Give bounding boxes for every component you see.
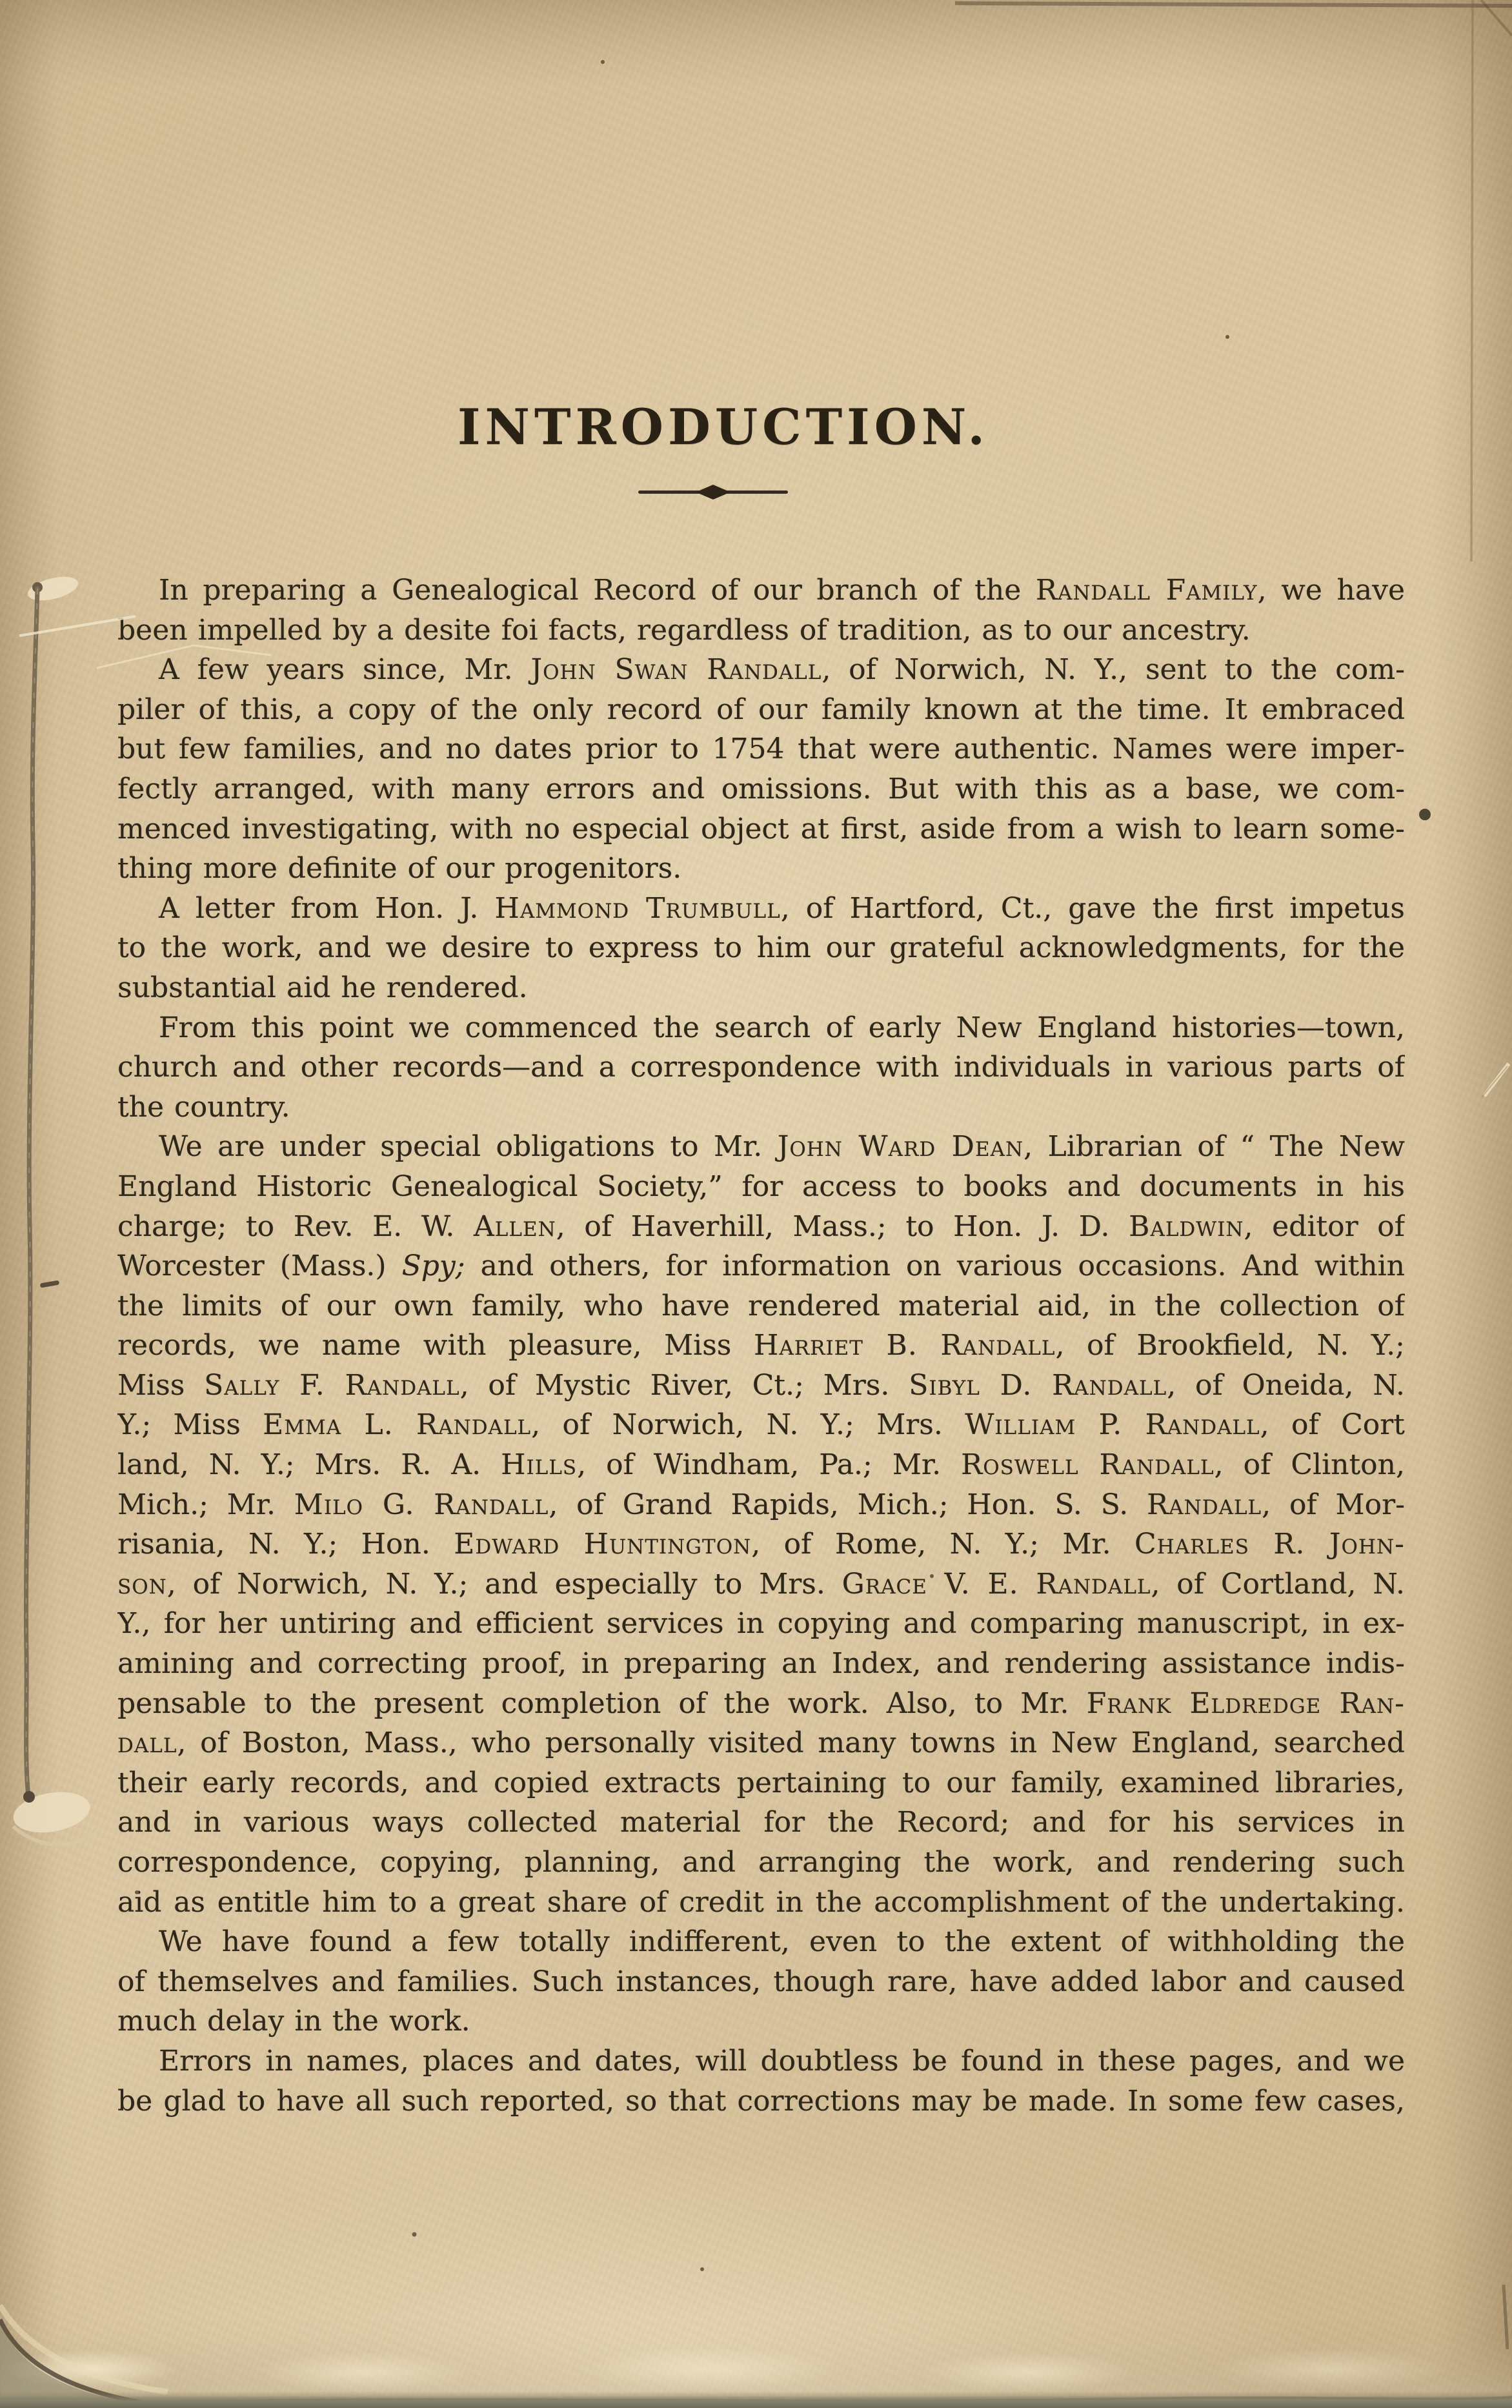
text-run: and others, for information on various o…: [465, 1250, 1405, 1282]
corner-curl-shade: [0, 2322, 161, 2408]
right-edge-crease: [1471, 0, 1473, 562]
corner-curl-highlight: [0, 2305, 168, 2392]
corner-crease: [1481, 0, 1512, 35]
text-run: , of Mor-: [1262, 1488, 1405, 1521]
smallcaps-name: Milo G. Randall: [294, 1488, 549, 1521]
text-run: , of Cort: [1260, 1408, 1405, 1441]
text-run: , of Clinton,: [1215, 1448, 1405, 1481]
sewing-hole-top: [32, 582, 43, 592]
paper-tear-bottom: [10, 1786, 94, 1838]
text-run: correspondence, copying, planning, and a…: [117, 1846, 1405, 1883]
text-run: Mich.; Mr.: [117, 1488, 294, 1521]
dust-speck: [601, 60, 605, 64]
smallcaps-name: Grace V. E. Randall: [842, 1568, 1151, 1601]
text-run: much delay in the work.: [117, 2005, 470, 2038]
text-run: fectly arranged, with many errors and om…: [117, 773, 1405, 805]
text-run: , of Grand Rapids, Mich.; Hon. S. S.: [549, 1488, 1147, 1521]
text-line: pensable to the present completion of th…: [117, 1684, 1405, 1724]
smallcaps-name: Hammond Trumbull: [494, 892, 780, 925]
italic-text: Spy;: [402, 1250, 465, 1282]
text-run: , of Hartford, Ct., gave the first impet…: [781, 892, 1405, 925]
text-line: A letter from Hon. J. Hammond Trumbull, …: [117, 889, 1405, 929]
text-line: Worcester (Mass.) Spy; and others, for i…: [117, 1246, 1405, 1286]
text-line: to the work, and we desire to express to…: [117, 928, 1405, 968]
text-run: Miss: [117, 1369, 204, 1402]
text-line: and in various ways collected material f…: [117, 1803, 1405, 1843]
text-line: church and other records—and a correspon…: [117, 1047, 1405, 1088]
text-line: Errors in names, places and dates, will …: [117, 2041, 1405, 2081]
text-run: been impelled by a desite foi facts, reg…: [117, 614, 1251, 647]
text-line: Y.; Miss Emma L. Randall, of Norwich, N.…: [117, 1405, 1405, 1445]
text-run: A few years since, Mr.: [159, 653, 530, 686]
page-bottom-edge: [0, 2391, 1512, 2408]
body-text: In preparing a Genealogical Record of ou…: [117, 571, 1405, 2121]
text-line: thing more definite of our progenitors.: [117, 849, 1405, 889]
smallcaps-name: Hills: [501, 1448, 577, 1481]
fold-mark-shadow: [1482, 1066, 1507, 1097]
rule-with-diamond-icon: [636, 484, 791, 501]
text-line: their early records, and copied extracts…: [117, 1763, 1405, 1803]
text-run: Errors in names, places and dates, will …: [117, 2045, 1405, 2081]
text-line: We have found a few totally indifferent,…: [117, 1922, 1405, 1962]
text-line: Miss Sally F. Randall, of Mystic River, …: [117, 1366, 1405, 1406]
text-run: piler of this, a copy of the only record…: [117, 693, 1405, 726]
text-run: aid as entitle him to a great share of c…: [117, 1886, 1405, 1919]
bottom-crease-line: [168, 2397, 1512, 2402]
text-run: records, we name with pleasure, Miss: [117, 1329, 754, 1362]
fold-mark: [1484, 1064, 1509, 1096]
text-run: From this point we commenced the search …: [159, 1011, 1405, 1044]
text-run: of themselves and families. Such instanc…: [117, 1965, 1405, 1998]
text-run: Worcester (Mass.): [117, 1250, 402, 1282]
text-line: been impelled by a desite foi facts, reg…: [117, 611, 1405, 651]
text-line: correspondence, copying, planning, and a…: [117, 1843, 1405, 1883]
text-run: menced investigating, with no especial o…: [117, 813, 1405, 845]
text-line: but few families, and no dates prior to …: [117, 729, 1405, 769]
divider-rule: [636, 484, 791, 503]
text-run: pensable to the present completion of th…: [117, 1687, 1087, 1720]
smallcaps-name: Frank Eldredge Ran-: [1087, 1687, 1405, 1720]
paper-sheen: [0, 2335, 1512, 2397]
text-run: the country.: [117, 1091, 290, 1124]
text-run: thing more definite of our progenitors.: [117, 852, 681, 885]
text-line: fectly arranged, with many errors and om…: [117, 769, 1405, 809]
text-line: land, N. Y.; Mrs. R. A. Hills, of Windha…: [117, 1445, 1405, 1485]
text-run: We have found a few totally indifferent,…: [117, 1925, 1405, 1962]
text-line: records, we name with pleasure, Miss Har…: [117, 1326, 1405, 1366]
text-run: , of Cortland, N.: [1151, 1568, 1406, 1601]
text-run: but few families, and no dates prior to …: [117, 733, 1405, 765]
text-run: substantial aid he rendered.: [117, 971, 528, 1004]
binding-thread-icon: [26, 589, 37, 1797]
text-run: Y., for her untiring and efficient servi…: [117, 1607, 1405, 1640]
text-run: We are under special obligations to Mr.: [159, 1130, 778, 1163]
text-run: , of Brookfield, N. Y.;: [1055, 1329, 1405, 1362]
smallcaps-name: Charles R. John-: [1134, 1528, 1405, 1561]
smallcaps-name: Edward Huntington: [454, 1528, 751, 1561]
text-run: , of Windham, Pa.; Mr.: [577, 1448, 961, 1481]
text-run: A letter from Hon. J.: [159, 892, 494, 925]
text-line: In preparing a Genealogical Record of ou…: [117, 571, 1405, 611]
text-run: , of Boston, Mass., who personally visit…: [177, 1726, 1405, 1759]
smallcaps-name: William P. Randall: [965, 1408, 1260, 1441]
text-run: risania, N. Y.; Hon.: [117, 1528, 454, 1561]
tear-crease: [13, 1826, 97, 1845]
text-line: Y., for her untiring and efficient servi…: [117, 1604, 1405, 1644]
text-line: A few years since, Mr. John Swan Randall…: [117, 650, 1405, 690]
text-line: of themselves and families. Such instanc…: [117, 1962, 1405, 2002]
corner-curl-edge: [0, 2320, 165, 2406]
text-line: substantial aid he rendered.: [117, 968, 1405, 1008]
text-line: We are under special obligations to Mr. …: [117, 1127, 1405, 1167]
pen-mark: [40, 1280, 60, 1288]
smallcaps-name: Randall: [1147, 1488, 1262, 1521]
scanned-book-page: INTRODUCTION. In preparing a Genealogica…: [0, 0, 1512, 2408]
text-line: the limits of our own family, who have r…: [117, 1286, 1405, 1326]
smallcaps-name: John Ward Dean: [778, 1130, 1023, 1163]
smallcaps-name: Emma L. Randall: [263, 1408, 531, 1441]
text-line: menced investigating, with no especial o…: [117, 809, 1405, 849]
edge-nick: [1504, 2285, 1507, 2349]
text-run: , of Haverhill, Mass.; to Hon. J. D.: [556, 1210, 1129, 1243]
smallcaps-name: dall: [117, 1726, 177, 1759]
page-top-edge: [955, 3, 1512, 6]
text-line: charge; to Rev. E. W. Allen, of Haverhil…: [117, 1207, 1405, 1247]
dust-speck: [700, 2267, 704, 2271]
text-run: land, N. Y.; Mrs. R. A.: [117, 1448, 501, 1481]
smallcaps-name: John Swan Randall: [530, 653, 822, 686]
text-run: , editor of: [1244, 1210, 1405, 1243]
page-title: INTRODUCTION.: [0, 398, 1447, 456]
text-run: England Historic Genealogical Society,” …: [117, 1170, 1405, 1203]
dust-speck: [1225, 335, 1229, 339]
text-run: , of Norwich, N. Y.; Mrs.: [531, 1408, 965, 1441]
smallcaps-name: Allen: [474, 1210, 556, 1243]
text-run: church and other records—and a correspon…: [117, 1051, 1405, 1084]
smallcaps-name: son: [117, 1568, 167, 1601]
text-line: the country.: [117, 1088, 1405, 1128]
text-run: amining and correcting proof, in prepari…: [117, 1647, 1405, 1680]
dust-speck: [412, 2232, 417, 2237]
text-run: , of Mystic River, Ct.; Mrs.: [460, 1369, 909, 1402]
text-run: , Librarian of “ The New: [1023, 1130, 1405, 1163]
sewing-hole-bottom: [23, 1791, 35, 1803]
text-line: Mich.; Mr. Milo G. Randall, of Grand Rap…: [117, 1485, 1405, 1525]
text-run: to the work, and we desire to express to…: [117, 931, 1405, 964]
text-run: their early records, and copied extracts…: [117, 1766, 1405, 1799]
text-line: aid as entitle him to a great share of c…: [117, 1883, 1405, 1923]
text-run: , of Oneida, N.: [1167, 1369, 1405, 1402]
paper-tear-top: [25, 572, 80, 605]
text-line: From this point we commenced the search …: [117, 1008, 1405, 1048]
text-line: be glad to have all such reported, so th…: [117, 2081, 1405, 2121]
text-line: England Historic Genealogical Society,” …: [117, 1167, 1405, 1207]
text-run: , we have: [1258, 574, 1405, 607]
text-run: Y.; Miss: [117, 1408, 263, 1441]
text-line: amining and correcting proof, in prepari…: [117, 1644, 1405, 1684]
text-run: In preparing a Genealogical Record of ou…: [159, 574, 1036, 607]
text-run: and in various ways collected material f…: [117, 1806, 1405, 1839]
ink-speck: [1419, 809, 1431, 820]
text-line: dall, of Boston, Mass., who personally v…: [117, 1723, 1405, 1763]
text-run: the limits of our own family, who have r…: [117, 1290, 1405, 1322]
smallcaps-name: Roswell Randall: [961, 1448, 1215, 1481]
thread-highlight: [26, 589, 37, 1797]
smallcaps-name: Randall Family: [1036, 574, 1258, 607]
text-line: piler of this, a copy of the only record…: [117, 690, 1405, 730]
smallcaps-name: Sally F. Randall: [204, 1369, 460, 1402]
text-line: risania, N. Y.; Hon. Edward Huntington, …: [117, 1524, 1405, 1564]
text-run: , of Rome, N. Y.; Mr.: [751, 1528, 1134, 1561]
text-run: , of Norwich, N. Y., sent to the com-: [822, 653, 1405, 686]
text-run: charge; to Rev. E. W.: [117, 1210, 474, 1243]
text-line: much delay in the work.: [117, 2001, 1405, 2041]
text-line: son, of Norwich, N. Y.; and especially t…: [117, 1564, 1405, 1604]
smallcaps-name: Harriet B. Randall: [754, 1329, 1056, 1362]
text-run: , of Norwich, N. Y.; and especially to M…: [167, 1568, 842, 1601]
text-run: be glad to have all such reported, so th…: [117, 2085, 1405, 2118]
smallcaps-name: Sibyl D. Randall: [909, 1369, 1167, 1402]
smallcaps-name: Baldwin: [1129, 1210, 1244, 1243]
